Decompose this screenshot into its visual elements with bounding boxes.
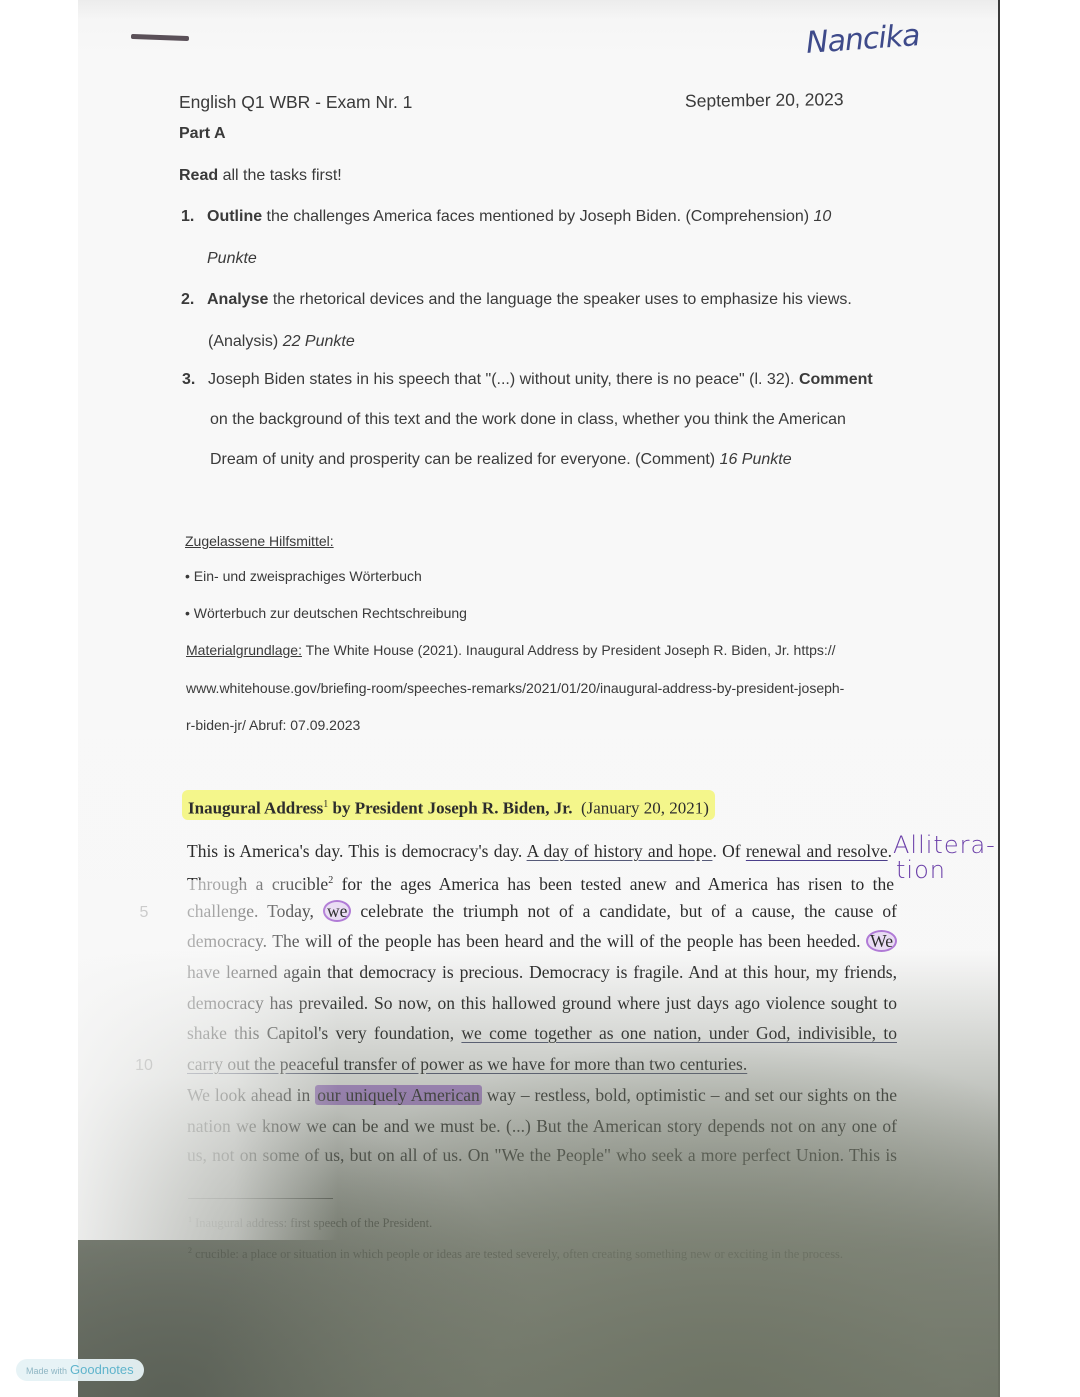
text: . Of bbox=[712, 841, 745, 861]
footnote-text: crucible: a place or situation in which … bbox=[192, 1247, 843, 1261]
speech-line: carry out the peaceful transfer of power… bbox=[187, 1052, 897, 1076]
speech-line: Through a crucible2 for the ages America… bbox=[187, 869, 894, 896]
text: democracy. The will of the people has be… bbox=[187, 931, 866, 951]
task-text: the challenges America faces mentioned b… bbox=[262, 208, 813, 225]
goodnotes-watermark: Made withGoodnotes bbox=[16, 1359, 144, 1381]
text: shake this Capitol's very foundation, bbox=[187, 1023, 461, 1043]
task-text: Joseph Biden states in his speech that "… bbox=[208, 371, 799, 388]
task-1-points: Punkte bbox=[207, 250, 257, 268]
handwritten-annotation: Allitera- bbox=[893, 833, 996, 857]
speech-date: (January 20, 2021) bbox=[581, 799, 709, 818]
footnote-divider bbox=[188, 1198, 333, 1199]
source-label: Materialgrundlage: bbox=[186, 642, 302, 658]
text: way – restless, bold, optimistic – and s… bbox=[482, 1085, 897, 1105]
part-heading: Part A bbox=[179, 125, 226, 143]
text: This is America's day. This is democracy… bbox=[187, 841, 527, 861]
text: challenge. Today, bbox=[187, 901, 323, 921]
speech-title-rest: by President Joseph R. Biden, Jr. bbox=[328, 799, 572, 818]
aids-heading: Zugelassene Hilfsmittel: bbox=[185, 533, 334, 549]
text: We look ahead in bbox=[187, 1085, 315, 1105]
task-verb: Comment bbox=[799, 371, 873, 388]
footnote-text: Inaugural address: first speech of the P… bbox=[192, 1216, 432, 1230]
task-2: 2.Analyse the rhetorical devices and the… bbox=[181, 291, 852, 309]
source-line-1: Materialgrundlage: The White House (2021… bbox=[186, 642, 836, 658]
speech-line: democracy. The will of the people has be… bbox=[187, 929, 897, 953]
footnote-1: 1 Inaugural address: first speech of the… bbox=[188, 1213, 898, 1230]
watermark-brand: Goodnotes bbox=[70, 1362, 134, 1377]
instruction: Read all the tasks first! bbox=[179, 167, 342, 185]
footnote-2: 2 crucible: a place or situation in whic… bbox=[188, 1244, 898, 1261]
speech-line: democracy has prevailed. So now, on this… bbox=[187, 991, 897, 1015]
task-text: Dream of unity and prosperity can be rea… bbox=[210, 451, 720, 468]
task-verb: Analyse bbox=[207, 291, 268, 308]
speech-line: nation we know we can be and we must be.… bbox=[187, 1114, 897, 1138]
circled-word: we bbox=[323, 900, 351, 922]
speech-line: shake this Capitol's very foundation, we… bbox=[187, 1021, 897, 1045]
task-3-line2: on the background of this text and the w… bbox=[210, 411, 846, 429]
exam-date: September 20, 2023 bbox=[685, 89, 844, 112]
source-line-3: r-biden-jr/ Abruf: 07.09.2023 bbox=[186, 717, 360, 733]
aids-item: • Ein- und zweisprachiges Wörterbuch bbox=[185, 568, 422, 584]
exam-title: English Q1 WBR - Exam Nr. 1 bbox=[179, 92, 412, 113]
speech-line: This is America's day. This is democracy… bbox=[187, 839, 892, 863]
line-number: 5 bbox=[132, 904, 156, 922]
underlined-phrase: renewal and resolve bbox=[746, 841, 888, 861]
aids-item-text: Ein- und zweisprachiges Wörterbuch bbox=[194, 568, 422, 584]
line-number: 10 bbox=[132, 1057, 156, 1075]
task-verb: Outline bbox=[207, 208, 262, 225]
instruction-rest: all the tasks first! bbox=[218, 167, 342, 184]
task-number: 2. bbox=[181, 291, 207, 309]
text: Through a crucible bbox=[187, 874, 328, 894]
task-3-line3: Dream of unity and prosperity can be rea… bbox=[210, 451, 792, 469]
source-url: www.whitehouse.gov/briefing-room/speeche… bbox=[186, 680, 844, 696]
task-text: (Analysis) bbox=[208, 333, 283, 350]
speech-title: Inaugural Address1 by President Joseph R… bbox=[182, 790, 715, 820]
aids-item: • Wörterbuch zur deutschen Rechtschreibu… bbox=[185, 605, 467, 621]
task-points: 16 Punkte bbox=[720, 451, 792, 468]
highlighted-phrase: our uniquely American bbox=[315, 1085, 482, 1105]
task-number: 3. bbox=[182, 371, 208, 389]
task-points: 10 bbox=[814, 208, 832, 225]
circled-word: We bbox=[866, 930, 897, 952]
speech-line: challenge. Today, we celebrate the trium… bbox=[187, 899, 897, 923]
source-text: The White House (2021). Inaugural Addres… bbox=[302, 642, 836, 658]
task-1: 1.Outline the challenges America faces m… bbox=[181, 208, 831, 226]
text: celebrate the triumph not of a candidate… bbox=[351, 901, 897, 921]
aids-item-text: Wörterbuch zur deutschen Rechtschreibung bbox=[194, 605, 467, 621]
task-points: 22 Punkte bbox=[283, 333, 355, 350]
watermark-prefix: Made with bbox=[26, 1366, 67, 1376]
text: . bbox=[888, 841, 892, 861]
speech-line: us, not on some of us, but on all of us.… bbox=[187, 1143, 897, 1167]
task-3: 3.Joseph Biden states in his speech that… bbox=[182, 371, 873, 389]
task-2-line2: (Analysis) 22 Punkte bbox=[208, 333, 355, 351]
underlined-phrase: A day of history and hope bbox=[527, 841, 713, 861]
underlined-phrase: we come together as one nation, under Go… bbox=[461, 1023, 897, 1043]
speech-line: have learned again that democracy is pre… bbox=[187, 960, 897, 984]
speech-title-main: Inaugural Address bbox=[188, 799, 323, 818]
task-number: 1. bbox=[181, 208, 207, 226]
bullet-icon: • bbox=[185, 605, 194, 621]
speech-line: We look ahead in our uniquely American w… bbox=[187, 1083, 897, 1107]
instruction-bold: Read bbox=[179, 167, 218, 184]
task-text: the rhetorical devices and the language … bbox=[268, 291, 851, 308]
handwritten-annotation: tion bbox=[896, 858, 946, 882]
text: for the ages America has been tested ane… bbox=[333, 874, 894, 894]
bullet-icon: • bbox=[185, 568, 194, 584]
underlined-phrase: carry out the peaceful transfer of power… bbox=[187, 1054, 747, 1074]
